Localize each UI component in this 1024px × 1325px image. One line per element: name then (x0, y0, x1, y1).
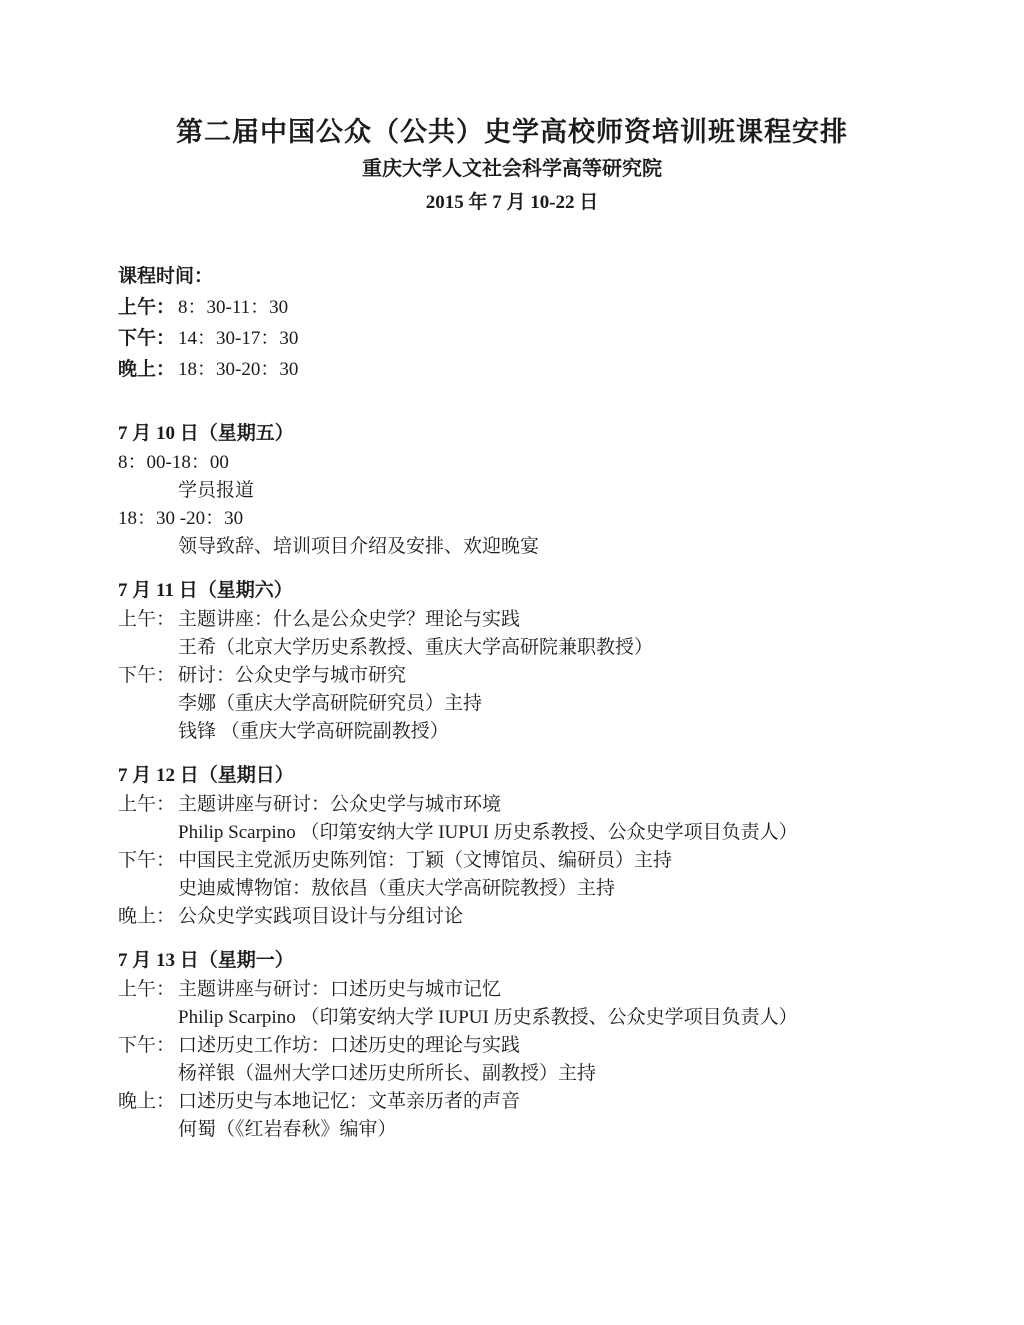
day-heading: 7 月 13 日（星期一） (118, 946, 936, 976)
schedule-row: 上午：主题讲座与研讨：公众史学与城市环境 (118, 791, 936, 819)
row-label: 上午： (118, 791, 178, 819)
row-text: 杨祥银（温州大学口述历史所所长、副教授）主持 (178, 1060, 936, 1088)
day-section: 7 月 12 日（星期日）上午：主题讲座与研讨：公众史学与城市环境Philip … (118, 761, 936, 931)
schedule-row: 领导致辞、培训项目介绍及安排、欢迎晚宴 (118, 533, 936, 561)
day-section: 7 月 11 日（星期六）上午：主题讲座：什么是公众史学？理论与实践王希（北京大… (118, 576, 936, 746)
time-value: 14：30-17：30 (178, 323, 298, 354)
day-heading: 7 月 11 日（星期六） (118, 576, 936, 606)
row-text: 何蜀（《红岩春秋》编审） (178, 1116, 936, 1144)
course-time-row: 上午： 8：30-11：30 (118, 292, 936, 323)
doc-title: 第二届中国公众（公共）史学高校师资培训班课程安排 (0, 114, 1024, 150)
course-times-heading: 课程时间： (118, 262, 936, 292)
row-label: 晚上： (118, 1088, 178, 1116)
schedule-row: 晚上：口述历史与本地记忆：文革亲历者的声音 (118, 1088, 936, 1116)
row-text: 主题讲座：什么是公众史学？理论与实践 (178, 606, 936, 634)
row-text: 学员报道 (178, 477, 936, 505)
schedule-row: 18：30 -20：30 (118, 505, 936, 533)
schedule-row: 上午：主题讲座：什么是公众史学？理论与实践 (118, 606, 936, 634)
document-body: 课程时间： 上午： 8：30-11：30 下午： 14：30-17：30 晚上：… (0, 262, 1024, 1144)
row-label: 上午： (118, 976, 178, 1004)
course-time-row: 下午： 14：30-17：30 (118, 323, 936, 354)
day-heading: 7 月 12 日（星期日） (118, 761, 936, 791)
row-text: 8：00-18：00 (118, 449, 936, 477)
row-label: 下午： (118, 847, 178, 875)
row-label: 上午： (118, 606, 178, 634)
schedule-row: 王希（北京大学历史系教授、重庆大学高研院兼职教授） (118, 634, 936, 662)
row-text: Philip Scarpino （印第安纳大学 IUPUI 历史系教授、公众史学… (178, 1004, 936, 1032)
schedule-row: 下午：研讨：公众史学与城市研究 (118, 662, 936, 690)
course-times-section: 课程时间： 上午： 8：30-11：30 下午： 14：30-17：30 晚上：… (118, 262, 936, 385)
row-text: 领导致辞、培训项目介绍及安排、欢迎晚宴 (178, 533, 936, 561)
schedule-row: Philip Scarpino （印第安纳大学 IUPUI 历史系教授、公众史学… (118, 819, 936, 847)
row-text: 口述历史与本地记忆：文革亲历者的声音 (178, 1088, 936, 1116)
doc-dateline: 2015 年 7 月 10-22 日 (0, 190, 1024, 216)
schedule-row: 上午：主题讲座与研讨：口述历史与城市记忆 (118, 976, 936, 1004)
schedule-row: 下午：中国民主党派历史陈列馆：丁颖（文博馆员、编研员）主持 (118, 847, 936, 875)
row-text: Philip Scarpino （印第安纳大学 IUPUI 历史系教授、公众史学… (178, 819, 936, 847)
day-heading: 7 月 10 日（星期五） (118, 419, 936, 449)
time-value: 8：30-11：30 (178, 292, 288, 323)
row-text: 18：30 -20：30 (118, 505, 936, 533)
row-text: 钱锋 （重庆大学高研院副教授） (178, 718, 936, 746)
doc-subtitle: 重庆大学人文社会科学高等研究院 (0, 156, 1024, 182)
day-section: 7 月 13 日（星期一）上午：主题讲座与研讨：口述历史与城市记忆Philip … (118, 946, 936, 1144)
document-header: 第二届中国公众（公共）史学高校师资培训班课程安排 重庆大学人文社会科学高等研究院… (0, 114, 1024, 216)
row-label: 下午： (118, 1032, 178, 1060)
schedule-row: 杨祥银（温州大学口述历史所所长、副教授）主持 (118, 1060, 936, 1088)
schedule-row: 下午：口述历史工作坊：口述历史的理论与实践 (118, 1032, 936, 1060)
row-text: 公众史学实践项目设计与分组讨论 (178, 903, 936, 931)
row-label: 晚上： (118, 903, 178, 931)
row-text: 口述历史工作坊：口述历史的理论与实践 (178, 1032, 936, 1060)
row-text: 李娜（重庆大学高研院研究员）主持 (178, 690, 936, 718)
course-time-row: 晚上： 18：30-20：30 (118, 354, 936, 385)
time-label: 晚上： (118, 354, 178, 385)
schedule-row: 晚上：公众史学实践项目设计与分组讨论 (118, 903, 936, 931)
schedule-row: Philip Scarpino （印第安纳大学 IUPUI 历史系教授、公众史学… (118, 1004, 936, 1032)
day-section: 7 月 10 日（星期五）8：00-18：00学员报道18：30 -20：30领… (118, 419, 936, 561)
schedule-row: 学员报道 (118, 477, 936, 505)
row-text: 主题讲座与研讨：口述历史与城市记忆 (178, 976, 936, 1004)
schedule-row: 何蜀（《红岩春秋》编审） (118, 1116, 936, 1144)
row-text: 中国民主党派历史陈列馆：丁颖（文博馆员、编研员）主持 (178, 847, 936, 875)
row-label: 下午： (118, 662, 178, 690)
time-value: 18：30-20：30 (178, 354, 298, 385)
row-text: 史迪威博物馆：敖依昌（重庆大学高研院教授）主持 (178, 875, 936, 903)
time-label: 下午： (118, 323, 178, 354)
row-text: 主题讲座与研讨：公众史学与城市环境 (178, 791, 936, 819)
schedule-row: 钱锋 （重庆大学高研院副教授） (118, 718, 936, 746)
day-schedule-list: 7 月 10 日（星期五）8：00-18：00学员报道18：30 -20：30领… (118, 419, 936, 1144)
schedule-row: 李娜（重庆大学高研院研究员）主持 (118, 690, 936, 718)
document-page: 第二届中国公众（公共）史学高校师资培训班课程安排 重庆大学人文社会科学高等研究院… (0, 0, 1024, 1325)
schedule-row: 8：00-18：00 (118, 449, 936, 477)
row-text: 研讨：公众史学与城市研究 (178, 662, 936, 690)
row-text: 王希（北京大学历史系教授、重庆大学高研院兼职教授） (178, 634, 936, 662)
time-label: 上午： (118, 292, 178, 323)
schedule-row: 史迪威博物馆：敖依昌（重庆大学高研院教授）主持 (118, 875, 936, 903)
